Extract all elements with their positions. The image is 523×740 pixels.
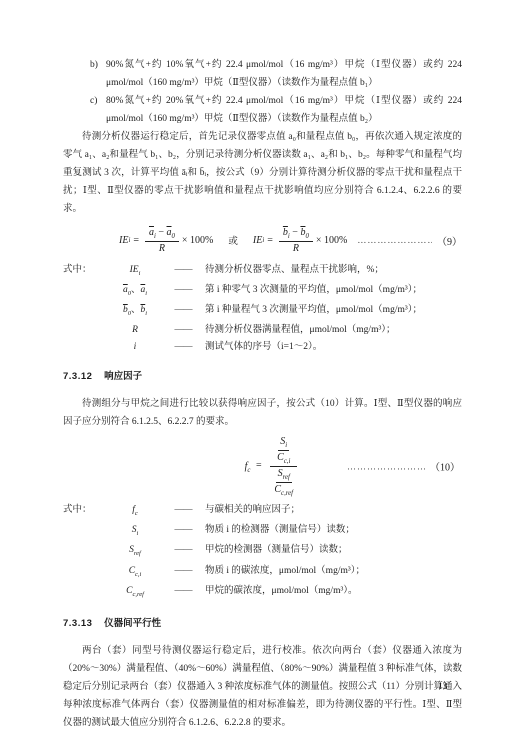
subscript: c,ref [132, 591, 143, 598]
where-row: R —— 待测分析仪器满量程值，μmol/mol（mg/m³）； [63, 322, 462, 339]
symbol-R: R [103, 322, 167, 339]
subscript: c,i [284, 458, 291, 465]
list-item-c: c) 80%氮气+约 20%氧气+约 22.4 μmol/mol（16 mg/m… [63, 92, 462, 128]
symbol-i: i [103, 339, 167, 356]
page-content: b) 90%氮气+约 10%氧气+约 22.4 μmol/mol（16 mg/m… [0, 0, 523, 732]
document-page: { "page": { "number": "13" }, "list": { … [0, 0, 523, 740]
subscript: 0 [305, 233, 308, 240]
compound-fraction: Si Cc,i Sref Cc,ref [270, 436, 297, 497]
fraction-upper: Si Cc,i [277, 436, 290, 465]
formula-10: fc = Si Cc,i Sref Cc,ref …………………… [63, 436, 462, 497]
equation-number: （9） [437, 233, 462, 248]
subscript: i [139, 270, 141, 277]
dot-leader: …………………… [347, 461, 425, 471]
where-row: i —— 测试气体的序号（i=1～2）。 [63, 339, 462, 356]
subscript: c,i [135, 570, 141, 577]
subscript: c,ref [281, 490, 293, 497]
formula-9-right: IEi = bi − b0 R × 100% [253, 227, 347, 254]
list-marker: b) [90, 56, 98, 74]
where-row: a0、ai —— 第 i 种零气 3 次测量的平均值，μmol/mol（mg/m… [63, 282, 462, 302]
dash: —— [167, 502, 199, 518]
dash: —— [167, 522, 199, 538]
dash: —— [167, 302, 199, 319]
equals-sign: = [267, 235, 273, 246]
times-100: × 100% [316, 235, 347, 246]
subscript: ref [134, 550, 141, 557]
subscript: i [288, 233, 290, 240]
section-heading-7-3-12: 7.3.12 响应因子 [63, 371, 462, 383]
subscript: i [128, 237, 130, 244]
symbol-IE: IE [253, 235, 262, 246]
paragraph-parallelism: 两台（套）同型号待测仪器运行稳定后，进行校准。依次向两台（套）仪器通入浓度为（2… [63, 642, 462, 732]
where-row: Si —— 物质 i 的检测器（测量信号）读数； [63, 522, 462, 542]
section-number: 7.3.13 [63, 618, 92, 629]
dash: —— [167, 282, 199, 299]
dash: —— [167, 542, 199, 558]
list-item-text: 90%氮气+约 10%氧气+约 22.4 μmol/mol（16 mg/m³）甲… [106, 60, 462, 88]
times-100: × 100% [182, 235, 213, 246]
equals-sign: = [133, 235, 139, 246]
where-row: Cc,i —— 物质 i 的碳浓度，μmol/mol（mg/m³）； [63, 563, 462, 583]
formula-10-eq: fc = Si Cc,i Sref Cc,ref [245, 436, 301, 497]
dash: —— [167, 339, 199, 356]
where-row: Cc,ref —— 甲烷的碳浓度，μmol/mol（mg/m³）。 [63, 583, 462, 603]
where-list-formula10: 式中： fc —— 与碳相关的响应因子； Si —— 物质 i 的检测器（测量信… [63, 502, 462, 603]
term-description: 第 i 种量程气 3 次测量平均值，μmol/mol（mg/m³）； [199, 302, 462, 319]
subscript: c [135, 510, 138, 517]
list-item-b: b) 90%氮气+约 10%氧气+约 22.4 μmol/mol（16 mg/m… [63, 56, 462, 92]
symbol-R: R [159, 242, 165, 254]
list-item-text: 80%氮气+约 20%氧气+约 22.4 μmol/mol（16 mg/m³）甲… [106, 96, 462, 124]
subscript: i [154, 233, 156, 240]
symbol-R: R [293, 242, 299, 254]
subscript: ref [283, 474, 290, 481]
term-description: 待测分析仪器满量程值，μmol/mol（mg/m³）； [199, 322, 462, 339]
term-description: 与碳相关的响应因子； [199, 502, 462, 518]
term-description: 甲烷的检测器（测量信号）读数； [199, 542, 462, 558]
subscript: i [145, 310, 147, 317]
where-list-formula9: 式中： IEi —— 待测分析仪器零点、量程点干扰影响，%； a0、ai —— … [63, 262, 462, 356]
where-row: Sref —— 甲烷的检测器（测量信号）读数； [63, 542, 462, 562]
symbol-IE: IE [130, 265, 139, 275]
term-description: 物质 i 的检测器（测量信号）读数； [199, 522, 462, 538]
equation-number: （10） [430, 459, 460, 474]
or-word: 或 [228, 233, 238, 247]
subscript: i [136, 530, 138, 537]
section-heading-7-3-13: 7.3.13 仪器间平行性 [63, 618, 462, 630]
dash: —— [167, 583, 199, 599]
list-marker: c) [90, 92, 97, 110]
fraction-lower: Sref Cc,ref [274, 468, 293, 497]
section-title: 响应因子 [104, 371, 142, 382]
minus-sign: − [292, 227, 298, 238]
equals-sign: = [256, 460, 262, 471]
subscript: c [247, 466, 250, 473]
formula-10-tag: …………………… （10） [337, 459, 460, 474]
term-description: 测试气体的序号（i=1～2）。 [199, 339, 462, 356]
where-row: 式中： IEi —— 待测分析仪器零点、量程点干扰影响，%； [63, 262, 462, 282]
symbol-IE: IE [119, 235, 128, 246]
fraction: ai − a0 R [145, 227, 179, 254]
where-row: b0、bi —— 第 i 种量程气 3 次测量平均值，μmol/mol（mg/m… [63, 302, 462, 322]
dash: —— [167, 262, 199, 279]
page-number: 13 [438, 681, 447, 691]
term-description: 待测分析仪器零点、量程点干扰影响，%； [199, 262, 462, 279]
dot-leader: ……………………………… [357, 235, 432, 245]
dash: —— [167, 322, 199, 339]
formula-9: IEi = ai − a0 R × 100% 或 IEi = bi − b0 R… [63, 222, 462, 258]
paragraph-interference: 待测分析仪器运行稳定后，首先记录仪器零点值 a₀和量程点值 b₀，再依次通入规定… [63, 128, 462, 218]
subscript: i [285, 442, 287, 449]
where-label: 式中： [63, 262, 103, 279]
symbol-C: C [277, 452, 284, 463]
where-label: 式中： [63, 502, 103, 518]
dash: —— [167, 563, 199, 579]
where-row: 式中： fc —— 与碳相关的响应因子； [63, 502, 462, 522]
paragraph-response-factor: 待测组分与甲烷之间进行比较以获得响应因子，按公式（10）计算。Ⅰ型、Ⅱ型仪器的响… [63, 395, 462, 431]
formula-9-left: IEi = ai − a0 R × 100% [119, 227, 213, 254]
section-number: 7.3.12 [63, 371, 92, 382]
term-description: 甲烷的碳浓度，μmol/mol（mg/m³）。 [199, 583, 462, 599]
term-description: 第 i 种零气 3 次测量的平均值，μmol/mol（mg/m³）； [199, 282, 462, 299]
subscript: 0 [172, 233, 175, 240]
section-title: 仪器间平行性 [104, 618, 161, 629]
minus-sign: − [158, 227, 164, 238]
subscript: i [145, 290, 147, 297]
term-description: 物质 i 的碳浓度，μmol/mol（mg/m³）； [199, 563, 462, 579]
fraction: bi − b0 R [279, 227, 313, 254]
subscript: i [262, 237, 264, 244]
